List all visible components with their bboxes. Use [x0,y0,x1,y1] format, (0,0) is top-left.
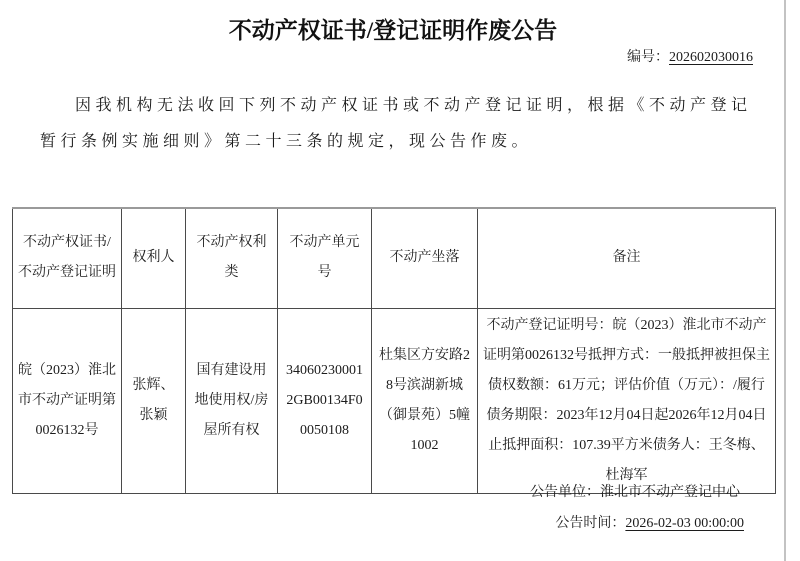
announcement-time-line: 公告时间：2026-02-03 00:00:00 [555,512,744,532]
notice-body-line-1: 因我机构无法收回下列不动产权证书或不动产登记证明，根据《不动产登记 [40,88,770,124]
cell-right-type: 国有建设用地使用权/房屋所有权 [186,308,278,494]
announcement-time-label: 公告时间： [555,516,625,531]
invalidation-notice-document: 不动产权证书/登记证明作废公告 编号：202602030016 因我机构无法收回… [0,0,800,561]
notice-body-paragraph: 因我机构无法收回下列不动产权证书或不动产登记证明，根据《不动产登记 暂行条例实施… [40,88,770,160]
certificates-table: 不动产权证书/不动产登记证明 权利人 不动产权利类 不动产单元号 不动产坐落 备… [12,207,776,494]
cell-holder: 张辉、张颖 [122,308,186,494]
col-header-holder: 权利人 [122,208,186,308]
col-header-unit-no: 不动产单元号 [278,208,372,308]
announcing-unit-value: 淮北市不动产登记中心 [600,485,740,500]
announcing-unit-label: 公告单位： [530,485,600,500]
page-title: 不动产权证书/登记证明作废公告 [0,12,786,45]
serial-number-value: 202602030016 [669,50,753,65]
table-row: 皖（2023）淮北市不动产证明第0026132号 张辉、张颖 国有建设用地使用权… [13,308,776,494]
serial-number-line: 编号：202602030016 [627,46,753,66]
announcing-unit-line: 公告单位：淮北市不动产登记中心 [530,481,740,501]
cell-remark: 不动产登记证明号：皖（2023）淮北市不动产证明第0026132号抵押方式：一般… [478,308,776,494]
cell-location: 杜集区方安路28号滨湖新城（御景苑）5幢1002 [372,308,478,494]
notice-body-line-2: 暂行条例实施细则》第二十三条的规定，现公告作废。 [40,124,770,160]
col-header-right-type: 不动产权利类 [186,208,278,308]
table-header-row: 不动产权证书/不动产登记证明 权利人 不动产权利类 不动产单元号 不动产坐落 备… [13,208,776,308]
serial-number-label: 编号： [627,50,669,65]
cell-certificate: 皖（2023）淮北市不动产证明第0026132号 [13,308,122,494]
announcement-time-value: 2026-02-03 00:00:00 [625,516,744,531]
col-header-certificate: 不动产权证书/不动产登记证明 [13,208,122,308]
col-header-location: 不动产坐落 [372,208,478,308]
cell-unit-no: 340602300012GB00134F00050108 [278,308,372,494]
page-right-edge-divider [784,0,786,561]
col-header-remark: 备注 [478,208,776,308]
